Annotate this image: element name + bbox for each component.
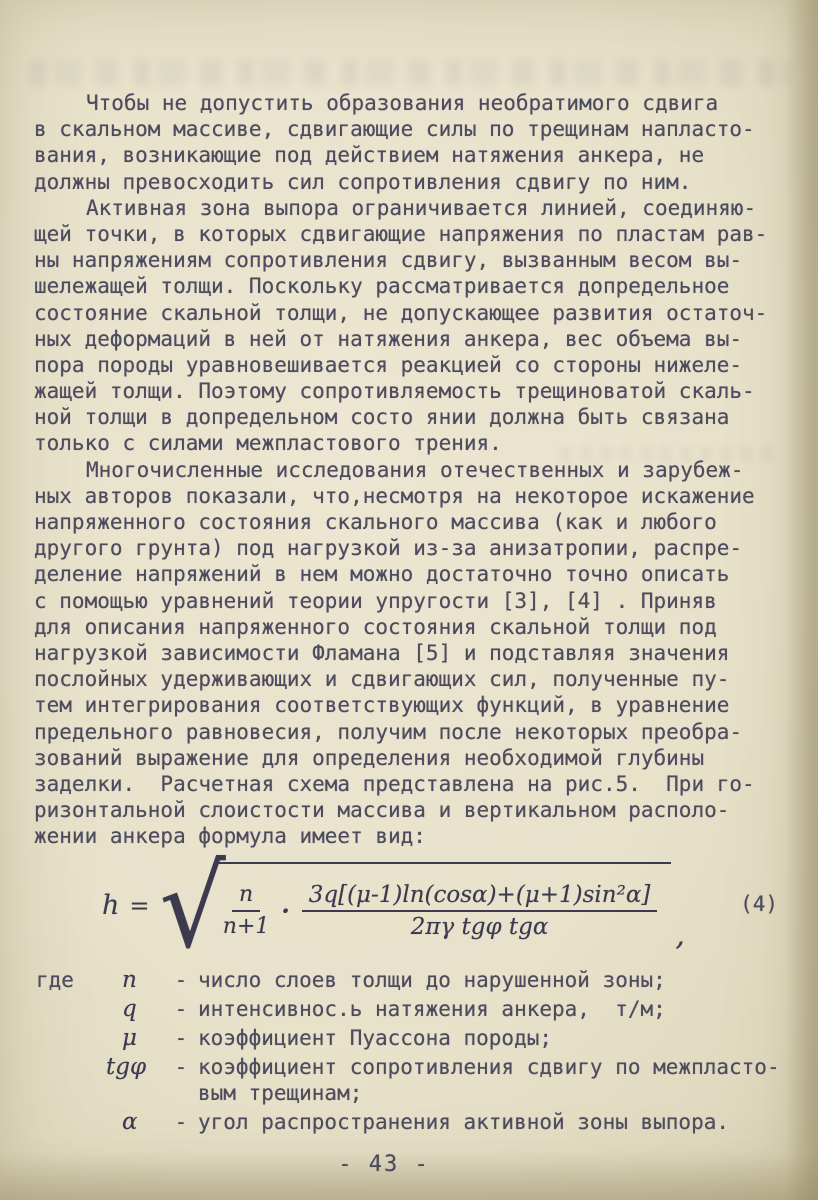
text-line: жении анкера формула имеет вид:: [34, 823, 790, 849]
equation-lhs: h: [102, 893, 119, 919]
paragraph-1: Чтобы не допустить образования необратим…: [34, 90, 790, 195]
comma: ,: [675, 923, 685, 949]
text-line: тем интегрирования соответствующих функц…: [34, 692, 790, 718]
definition-text: число слоев толщи до нарушенной зоны;: [198, 967, 666, 993]
text-line: послойных удерживающих и сдвигающих сил,…: [34, 666, 790, 692]
text-line: шележащей толщи. Поскольку рассматривает…: [34, 273, 790, 299]
definition-text-block: коэффициент сопротивления сдвигу по межп…: [198, 1054, 780, 1106]
scanned-page: Чтобы не допустить образования необратим…: [0, 0, 818, 1200]
definition-row: tgφ - коэффициент сопротивления сдвигу п…: [34, 1054, 790, 1106]
text-line: только с силами межпластового трения.: [34, 430, 790, 456]
definition-row: μ - коэффициент Пуассона породы;: [34, 1025, 790, 1051]
text-line: состояние скальной толщи, не допускающее…: [34, 300, 790, 326]
definition-text: вым трещинам;: [198, 1080, 780, 1106]
dash: -: [164, 1109, 198, 1135]
text-line: с помощью уравнений теории упругости [3]…: [34, 588, 790, 614]
fraction-n-over-n1: n n+1: [223, 882, 270, 940]
text-line: напряженного состояния скального массива…: [34, 509, 790, 535]
equals-sign: =: [129, 893, 149, 919]
text-line: должны превосходить сил сопротивления сд…: [34, 169, 790, 195]
fraction-main: 3q[(μ-1)ln(cosα)+(μ+1)sin²α] 2πγ tgφ tgα: [302, 882, 658, 940]
text-line: другого грунта) под нагрузкой из-за аниз…: [34, 535, 790, 561]
equation-4: h = √ n n+1 · 3q[(μ-1)ln(cosα)+(μ+1)sin²…: [102, 857, 790, 955]
square-root: √ n n+1 · 3q[(μ-1)ln(cosα)+(μ+1)sin²α] 2…: [160, 862, 672, 950]
definition-text: коэффициент Пуассона породы;: [198, 1025, 552, 1051]
radical-icon: √: [160, 861, 226, 954]
definition-text: коэффициент сопротивления сдвигу по межп…: [198, 1054, 780, 1080]
symbol-n: n: [98, 967, 164, 993]
symbol-q: q: [98, 996, 164, 1022]
where-label: где: [34, 967, 98, 993]
text-line: зований выражение для определения необхо…: [34, 745, 790, 771]
text-line: в скальном массиве, сдвигающие силы по т…: [34, 116, 790, 142]
text-line: предельного равновесия, получим после не…: [34, 719, 790, 745]
text-line: пора породы уравновешивается реакцией со…: [34, 352, 790, 378]
text-line: ны напряжениям сопротивления сдвигу, выз…: [34, 247, 790, 273]
fraction-denominator: 2πγ tgφ tgα: [411, 912, 549, 940]
equation-number: (4): [740, 891, 778, 917]
bleedthrough-ghost: [30, 60, 790, 86]
dash: -: [164, 1025, 198, 1051]
multiplication-dot: ·: [281, 898, 289, 924]
definition-row: α - угол распространения активной зоны в…: [34, 1109, 790, 1135]
fraction-denominator: n+1: [223, 912, 270, 940]
text-line: вания, возникающие под действием натяжен…: [34, 142, 790, 168]
dash: -: [164, 1054, 198, 1080]
body-text: Чтобы не допустить образования необратим…: [34, 90, 790, 1138]
paragraph-3: Многочисленные исследования отечественны…: [34, 457, 790, 850]
text-line: деление напряжений в нем можно достаточн…: [34, 561, 790, 587]
dash: -: [164, 996, 198, 1022]
text-line: жащей толщи. Поэтому сопротивляемость тр…: [34, 378, 790, 404]
text-line: нагрузкой зависимости Фламана [5] и подс…: [34, 640, 790, 666]
definition-text: интенсивнос.ь натяжения анкера, т/м;: [198, 996, 666, 1022]
text-line: ризонтальной слоистости массива и вертик…: [34, 797, 790, 823]
fraction-numerator: n: [232, 882, 260, 912]
definition-row: где n - число слоев толщи до нарушенной …: [34, 967, 790, 993]
fraction-numerator: 3q[(μ-1)ln(cosα)+(μ+1)sin²α]: [302, 882, 658, 912]
text-line: ной толщи в допредельном состо янии долж…: [34, 404, 790, 430]
text-line: щей точки, в которых сдвигающие напряжен…: [34, 221, 790, 247]
variable-definitions: где n - число слоев толщи до нарушенной …: [34, 967, 790, 1135]
symbol-tg-phi: tgφ: [98, 1054, 164, 1080]
text-line: заделки. Расчетная схема представлена на…: [34, 771, 790, 797]
page-number: - 43 -: [0, 1152, 793, 1177]
text-line: для описания напряженного состояния скал…: [34, 614, 790, 640]
text-line: Активная зона выпора ограничивается лини…: [34, 195, 790, 221]
definition-text: угол распространения активной зоны выпор…: [198, 1109, 729, 1135]
text-line: ных деформаций в ней от натяжения анкера…: [34, 326, 790, 352]
text-line: Чтобы не допустить образования необратим…: [34, 90, 790, 116]
paragraph-2: Активная зона выпора ограничивается лини…: [34, 195, 790, 457]
text-line: Многочисленные исследования отечественны…: [34, 457, 790, 483]
symbol-mu: μ: [98, 1025, 164, 1051]
definition-row: q - интенсивнос.ь натяжения анкера, т/м;: [34, 996, 790, 1022]
text-line: ных авторов показали, что,несмотря на не…: [34, 483, 790, 509]
symbol-alpha: α: [98, 1109, 164, 1135]
radicand: n n+1 · 3q[(μ-1)ln(cosα)+(μ+1)sin²α] 2πγ…: [217, 862, 672, 950]
